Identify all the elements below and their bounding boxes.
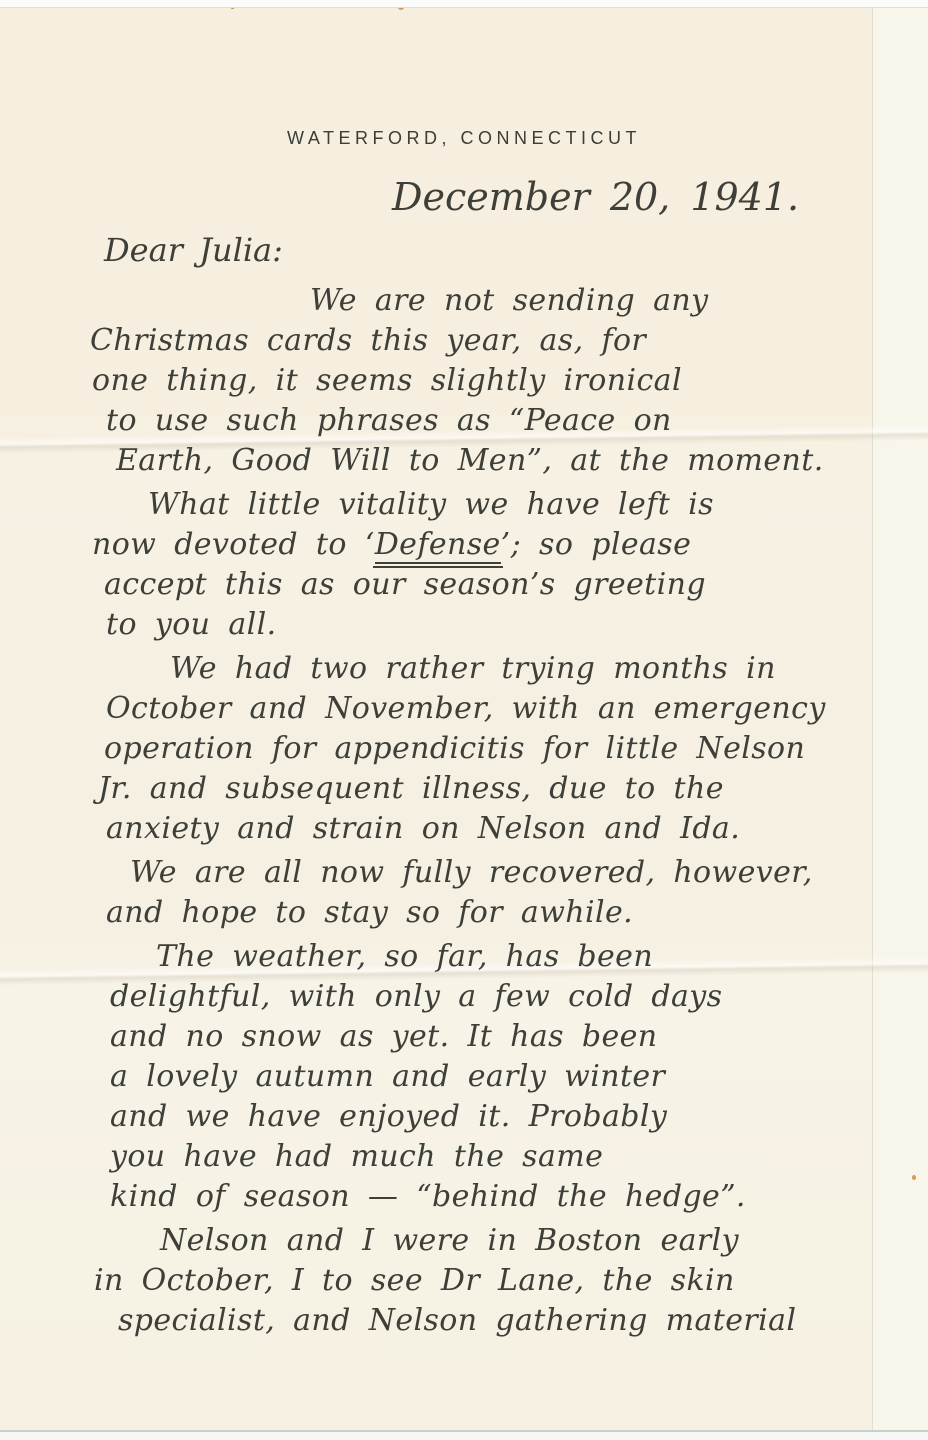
letter-line: and we have enjoyed it. Probably: [110, 1097, 928, 1137]
letter-line: delightful, with only a few cold days: [110, 977, 928, 1017]
scan-edge-top: [0, 0, 928, 8]
letter-line: a lovely autumn and early winter: [110, 1057, 928, 1097]
date-line: December 20, 1941.: [392, 175, 799, 219]
scan-edge-bottom: [0, 1430, 928, 1440]
letter-line: anxiety and strain on Nelson and Ida.: [106, 809, 928, 849]
underlined-word: Defense: [375, 530, 501, 564]
letter-line: one thing, it seems slightly ironical: [92, 361, 928, 401]
letter-line: kind of season — “behind the hedge”.: [110, 1177, 928, 1217]
letter-line: operation for appendicitis for little Ne…: [104, 729, 928, 769]
letter-line: to use such phrases as “Peace on: [106, 401, 928, 441]
letter-line: Earth, Good Will to Men”, at the moment.: [116, 441, 928, 481]
letter-line: and hope to stay so for awhile.: [106, 893, 928, 933]
letter-line: We are all now fully recovered, however,: [130, 853, 928, 893]
letter-line: accept this as our season’s greeting: [104, 565, 928, 605]
letter-line: Nelson and I were in Boston early: [160, 1221, 928, 1261]
letter-line: you have had much the same: [110, 1137, 928, 1177]
letter-line: We are not sending any: [310, 281, 928, 321]
letter-line: in October, I to see Dr Lane, the skin: [94, 1261, 928, 1301]
letter-line: specialist, and Nelson gathering materia…: [118, 1301, 928, 1341]
letter-line: The weather, so far, has been: [156, 937, 928, 977]
letter-line: We had two rather trying months in: [170, 649, 928, 689]
scanned-letter: WATERFORD, CONNECTICUT December 20, 1941…: [0, 0, 928, 1440]
letter-line: What little vitality we have left is: [148, 485, 928, 525]
letter-line: and no snow as yet. It has been: [110, 1017, 928, 1057]
letterhead: WATERFORD, CONNECTICUT: [0, 128, 928, 149]
letter-line: Christmas cards this year, as, for: [90, 321, 928, 361]
letter-line: Jr. and subsequent illness, due to the: [98, 769, 928, 809]
letter-line: now devoted to ‘Defense’; so please: [92, 525, 928, 565]
letter-paper: WATERFORD, CONNECTICUT December 20, 1941…: [0, 7, 928, 1432]
salutation: Dear Julia:: [104, 231, 283, 269]
letter-line: to you all.: [106, 605, 928, 645]
letter-body: We are not sending anyChristmas cards th…: [0, 277, 928, 1341]
letter-line: October and November, with an emergency: [106, 689, 928, 729]
